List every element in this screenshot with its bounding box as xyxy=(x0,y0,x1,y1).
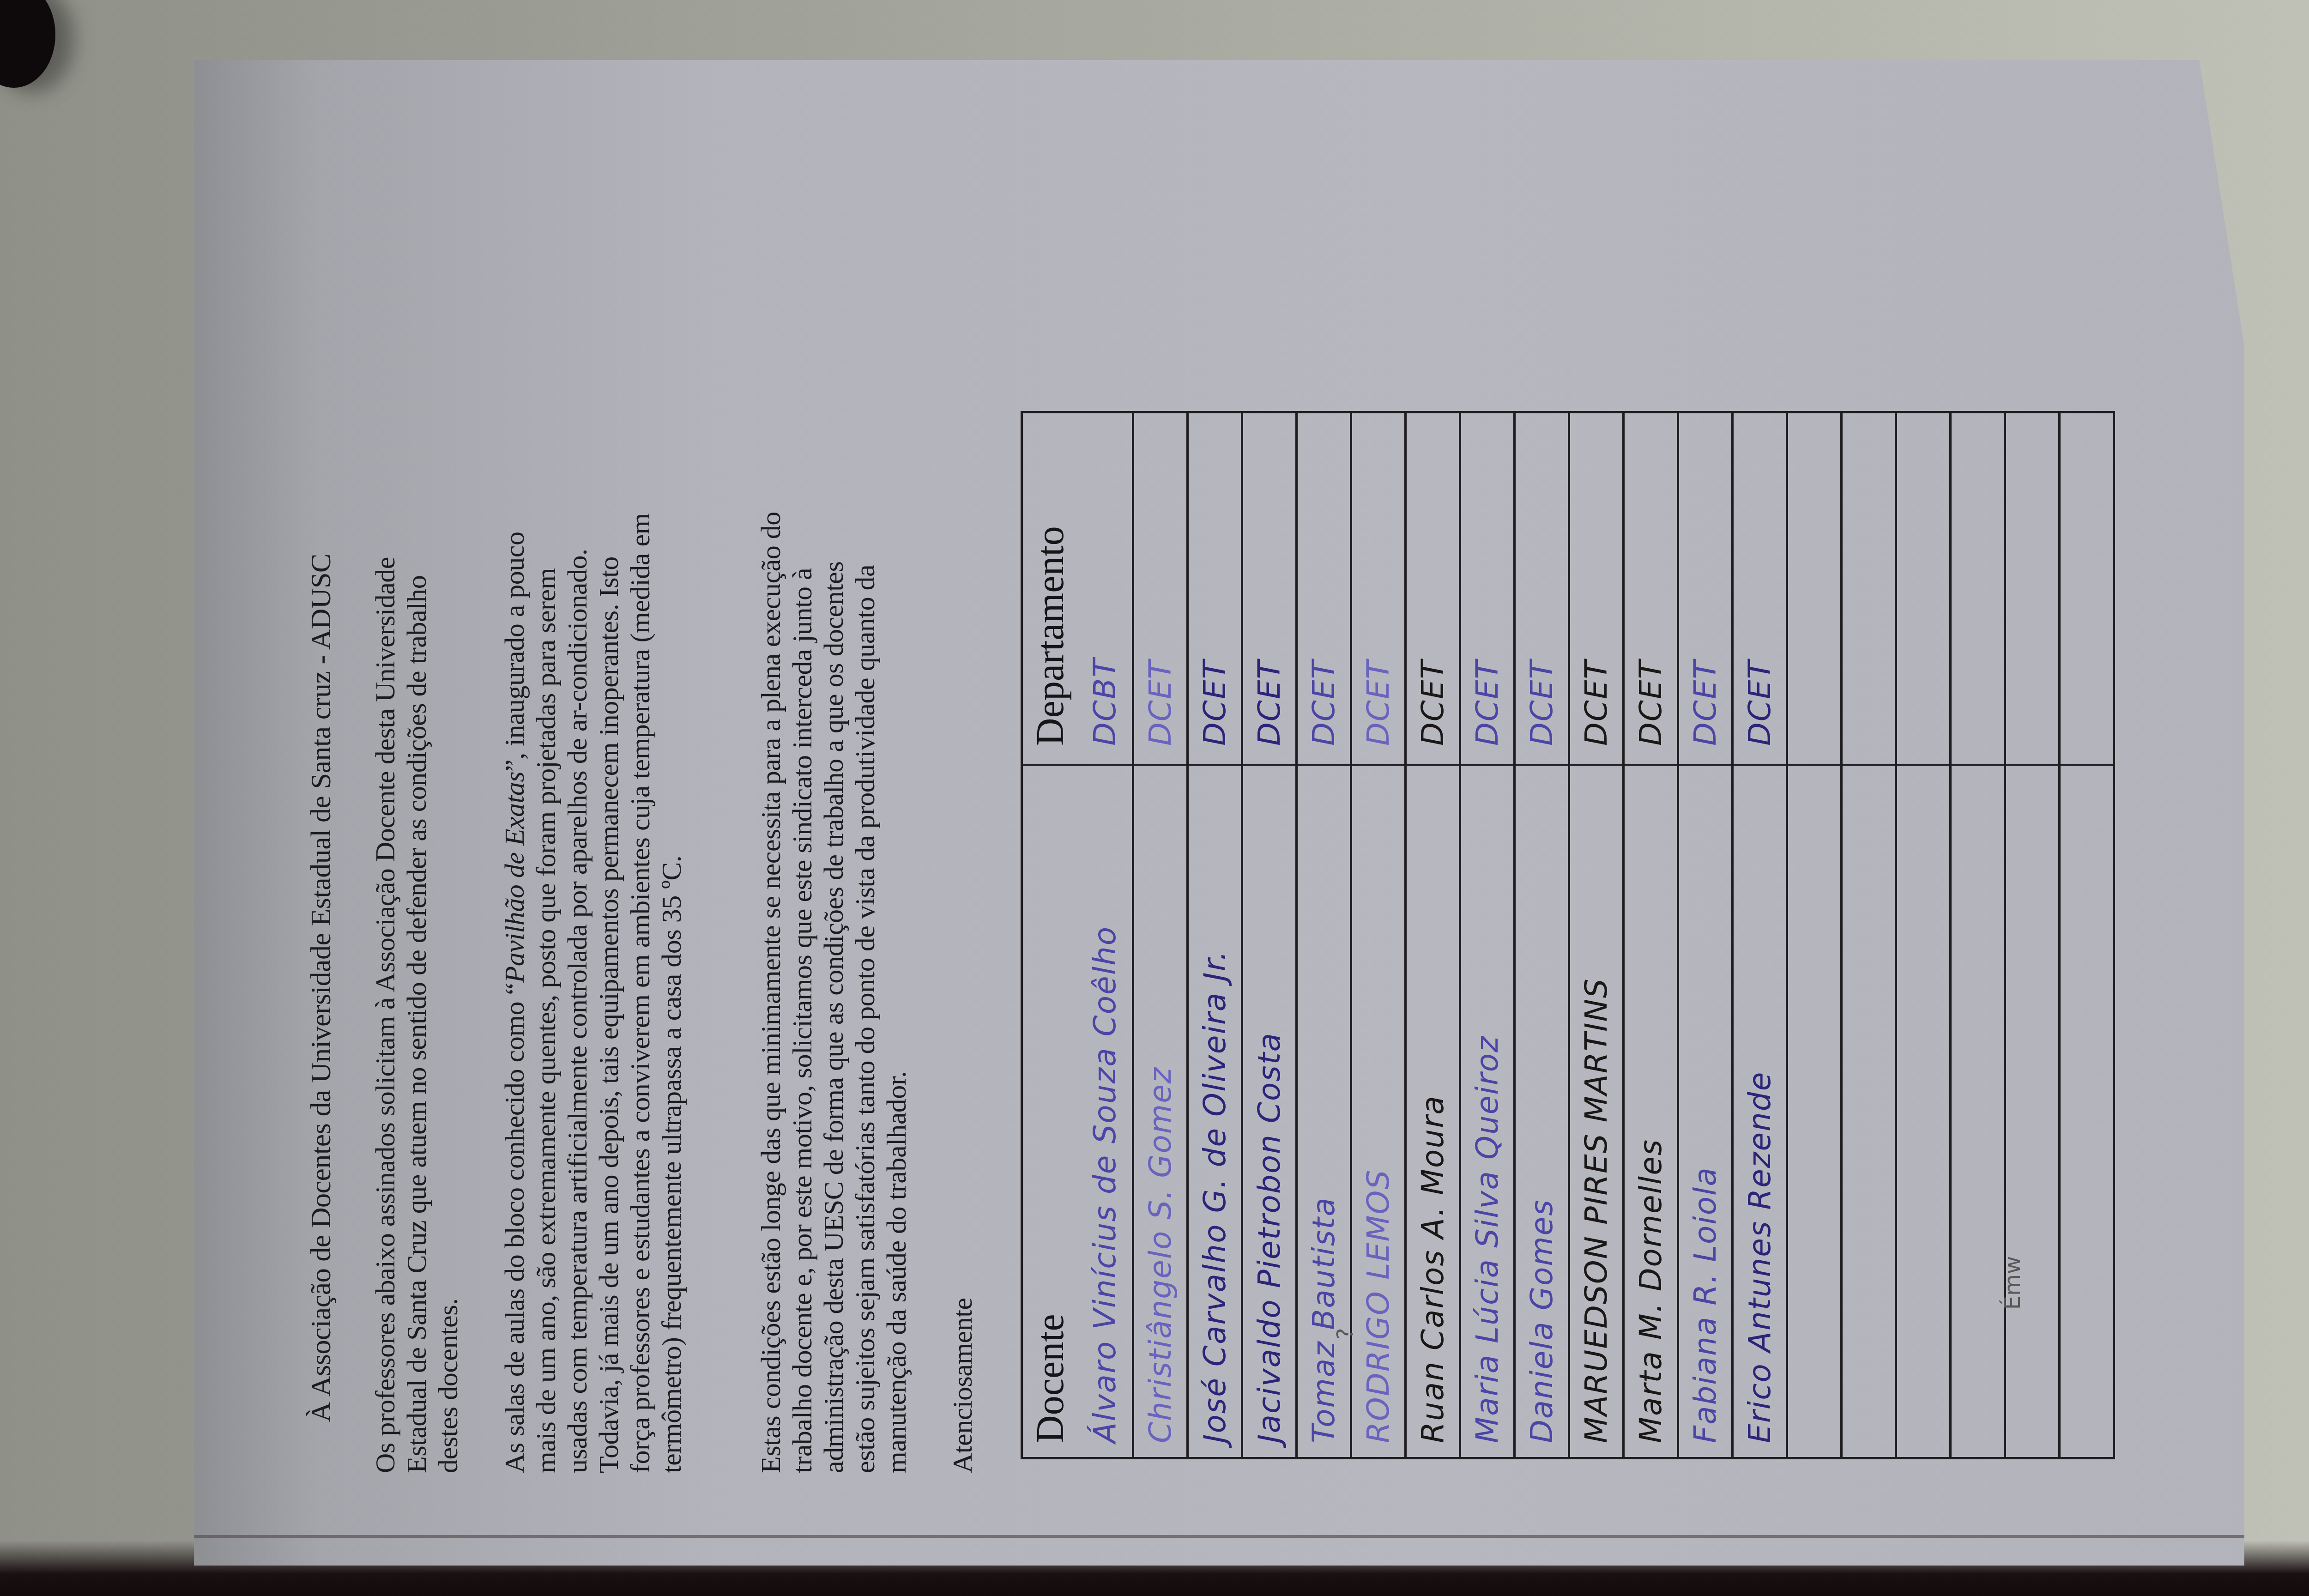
table-row xyxy=(2058,413,2113,1457)
table-row xyxy=(1895,413,1949,1457)
departamento-value: DCET xyxy=(1679,413,1731,764)
departamento-value: DCET xyxy=(1298,413,1350,764)
table-row: Daniela GomesDCET xyxy=(1513,413,1568,1457)
departamento-value xyxy=(2006,413,2058,764)
paper-sheet: À Associação de Docentes da Universidade… xyxy=(194,60,2244,1566)
table-header-row: Docente Departamento xyxy=(1023,413,1077,1457)
table-row: Álvaro Vinícius de Souza CoêlhoDCBT xyxy=(1077,413,1132,1457)
docente-signature: Marta M. Dornelles xyxy=(1625,764,1677,1457)
docente-signature: José Carvalho G. de Oliveira Jr. xyxy=(1189,764,1241,1457)
paragraph3-line: manutenção da saúde do trabalhador. xyxy=(881,1071,913,1474)
table-row: Erico Antunes RezendeDCET xyxy=(1731,413,1786,1457)
table-row xyxy=(1840,413,1895,1457)
paragraph2-line: Todavia, já mais de um ano depois, tais … xyxy=(593,556,625,1473)
docente-signature: MARUEDSON PIRES MARTINS xyxy=(1570,764,1622,1457)
table-row: Tomaz BautistaDCET xyxy=(1295,413,1350,1457)
docente-signature: Ruan Carlos A. Moura xyxy=(1407,764,1459,1457)
departamento-value xyxy=(2061,413,2113,764)
departamento-value xyxy=(1952,413,2004,764)
docente-signature xyxy=(1843,764,1895,1457)
departamento-value: DCBT xyxy=(1077,413,1132,764)
docente-signature: Fabiana R. Loiola xyxy=(1679,764,1731,1457)
departamento-value: DCET xyxy=(1134,413,1186,764)
table-row: Fabiana R. LoiolaDCET xyxy=(1677,413,1731,1457)
docente-signature: RODRIGO LEMOS xyxy=(1352,764,1404,1457)
paragraph2-line: força professores e estudantes a convive… xyxy=(624,513,656,1473)
docente-signature xyxy=(1897,764,1949,1457)
docente-signature xyxy=(2061,764,2113,1457)
paper-fold-line xyxy=(194,1535,2244,1538)
text-span: As salas de aulas do bloco conhecido com… xyxy=(499,983,530,1473)
docente-signature xyxy=(2006,764,2058,1457)
table-row: José Carvalho G. de Oliveira Jr.DCET xyxy=(1186,413,1241,1457)
paragraph1-line: destes docentes. xyxy=(432,1298,464,1473)
departamento-value: DCET xyxy=(1734,413,1786,764)
table-row xyxy=(1949,413,2004,1457)
building-name: Pavilhão de Exatas xyxy=(499,772,530,983)
paragraph1-line: Os professores abaixo assinados solicita… xyxy=(369,557,401,1473)
rotated-page: À Associação de Docentes da Universidade… xyxy=(305,97,2244,1473)
paragraph2-line: As salas de aulas do bloco conhecido com… xyxy=(499,532,531,1473)
docente-signature: Christiângelo S. Gomez xyxy=(1134,764,1186,1457)
departamento-value: DCET xyxy=(1407,413,1459,764)
table-row xyxy=(1786,413,1840,1457)
header-departamento: Departamento xyxy=(1023,413,1077,764)
paragraph1-line: Estadual de Santa Cruz que atuem no sent… xyxy=(401,575,433,1473)
paragraph3-line: trabalho docente e, por este motivo, sol… xyxy=(786,568,818,1473)
docente-signature: Álvaro Vinícius de Souza Coêlho xyxy=(1077,764,1132,1457)
table-row: MARUEDSON PIRES MARTINSDCET xyxy=(1568,413,1622,1457)
docente-signature: Maria Lúcia Silva Queiroz xyxy=(1461,764,1513,1457)
departamento-value: DCET xyxy=(1352,413,1404,764)
departamento-value: DCET xyxy=(1625,413,1677,764)
paragraph2-line: termômetro) frequentemente ultrapassa a … xyxy=(656,856,688,1473)
paragraph3-line: estão sujeitos sejam satisfatórias tanto… xyxy=(849,565,881,1473)
table-row: Marta M. DornellesDCET xyxy=(1622,413,1677,1457)
margin-question-mark: ? xyxy=(1332,1328,1358,1339)
paragraph2-line: mais de um ano, são extremamente quentes… xyxy=(530,568,562,1473)
departamento-value: DCET xyxy=(1461,413,1513,764)
paragraph3-line: administração desta UESC de forma que as… xyxy=(818,562,850,1473)
table-row: Maria Lúcia Silva QueirozDCET xyxy=(1459,413,1513,1457)
margin-pencil-note: Émw xyxy=(2000,1256,2025,1310)
table-row: Ruan Carlos A. MouraDCET xyxy=(1404,413,1459,1457)
docente-signature xyxy=(1788,764,1840,1457)
departamento-value: DCET xyxy=(1570,413,1622,764)
docente-signature xyxy=(1952,764,2004,1457)
header-docente: Docente xyxy=(1023,764,1077,1457)
departamento-value xyxy=(1788,413,1840,764)
paragraph2-line: usadas com temperatura artificialmente c… xyxy=(562,549,593,1473)
departamento-value: DCET xyxy=(1516,413,1568,764)
table-row: Christiângelo S. GomezDCET xyxy=(1132,413,1186,1457)
departamento-value: DCET xyxy=(1243,413,1295,764)
text-span: ”, inaugurado a pouco xyxy=(499,532,530,772)
docente-signature: Erico Antunes Rezende xyxy=(1734,764,1786,1457)
departamento-value xyxy=(1897,413,1949,764)
closing-salutation: Atenciosamente xyxy=(947,1298,979,1473)
docente-signature: Jacivaldo Pietrobon Costa xyxy=(1243,764,1295,1457)
table-row: RODRIGO LEMOSDCET xyxy=(1350,413,1404,1457)
docente-signature: Daniela Gomes xyxy=(1516,764,1568,1457)
letter-title: À Associação de Docentes da Universidade… xyxy=(305,554,338,1422)
docente-signature: Tomaz Bautista xyxy=(1298,764,1350,1457)
paragraph3-line: Estas condições estão longe das que mini… xyxy=(755,512,787,1473)
signature-table: Docente Departamento Álvaro Vinícius de … xyxy=(1021,411,2115,1459)
departamento-value: DCET xyxy=(1189,413,1241,764)
departamento-value xyxy=(1843,413,1895,764)
table-row: Jacivaldo Pietrobon CostaDCET xyxy=(1241,413,1295,1457)
